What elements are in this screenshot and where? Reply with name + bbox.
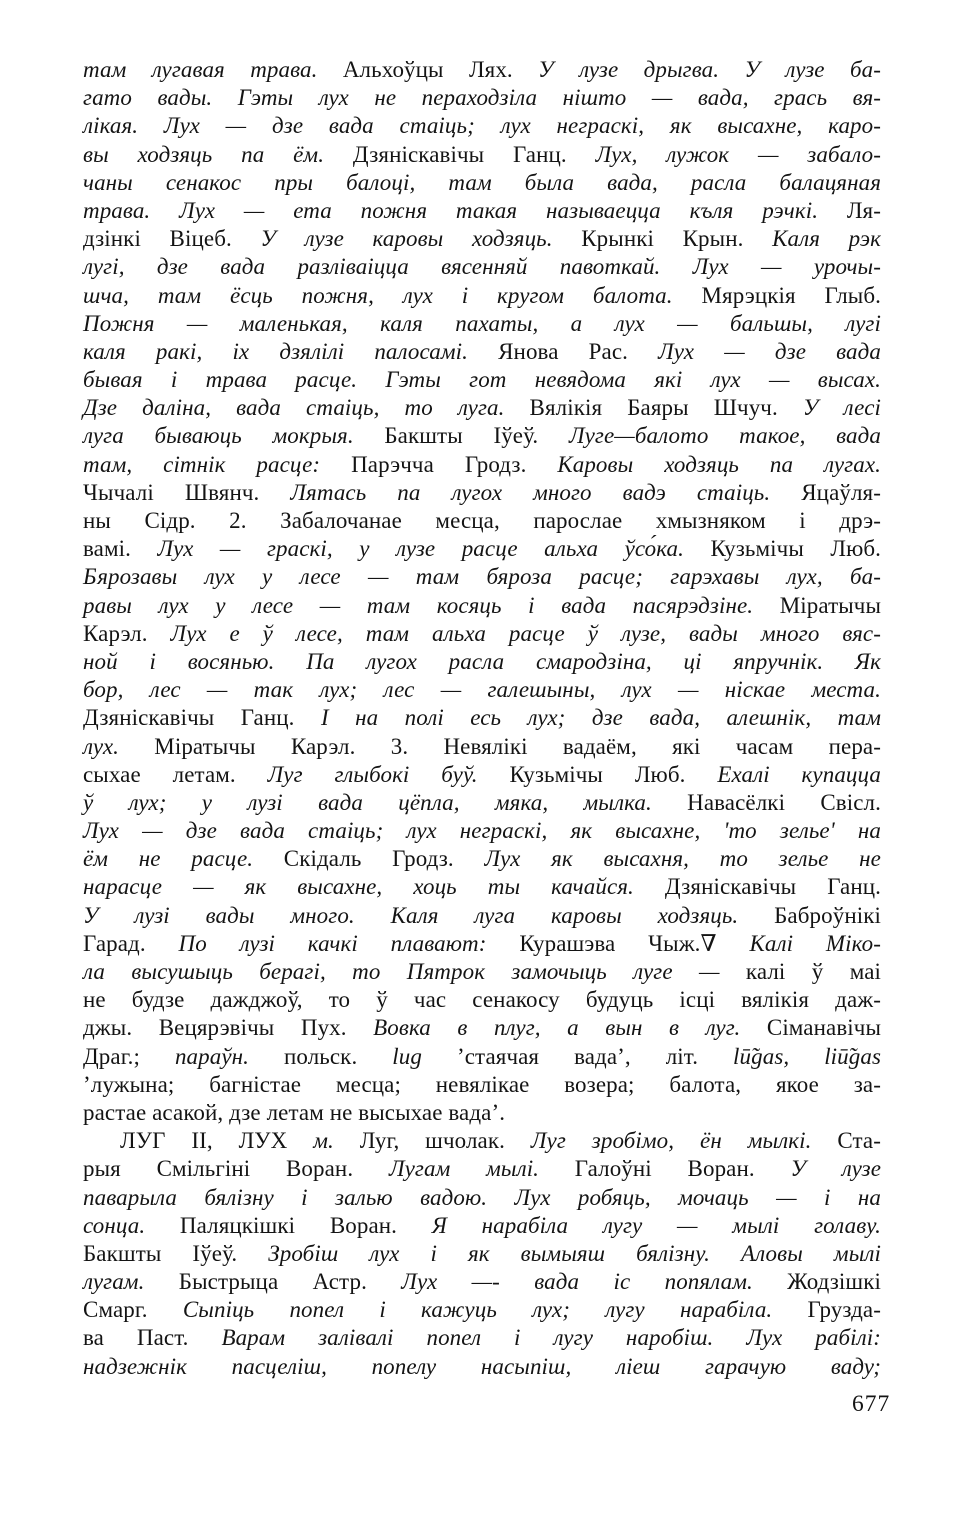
text-run-regular: Скідаль Гродз. (284, 846, 485, 871)
text-line: бывая і трава расце. Гэты гот невядома я… (83, 366, 881, 394)
text-run-italic: гато вады. Гэты лух не пераходзіла нішто… (83, 85, 881, 110)
text-run-italic: У лесі (803, 395, 881, 420)
text-run-regular: Яцаўля- (801, 480, 881, 505)
text-line: паварыла бялізну і залью вадою. Лух робя… (83, 1184, 881, 1212)
text-run-regular: Дзяніскавічы Ганц. (353, 142, 596, 167)
text-line: лугі, дзе вада разліваіцца вясенняй паво… (83, 253, 881, 281)
text-line: трава. Лух — ета пожня такая называецца … (83, 197, 881, 225)
text-run-regular: ЛУГ II, ЛУХ (120, 1128, 313, 1153)
text-line: Драг.; параўн. польск. lug ’стаячая вада… (83, 1043, 881, 1071)
text-run-italic: Луге—балото такое, вада (569, 423, 881, 448)
text-run-italic: каля ракі, іх дзялілі палосамі. (83, 339, 498, 364)
text-run-regular: Быстрыца Астр. (179, 1269, 401, 1294)
text-run-italic: У лузе каровы ходзяць. (260, 226, 581, 251)
text-run-italic: Лух — дзе вада (658, 339, 881, 364)
text-line: дзінкі Віцеб. У лузе каровы ходзяць. Кры… (83, 225, 881, 253)
text-run-italic: По лузі качкі плавают: (179, 931, 520, 956)
text-run-regular: Альхоўцы Лях. (343, 57, 538, 82)
text-run-italic: нарасце — як высахне, хоць ты качайся. (83, 874, 665, 899)
text-run-italic: Сыпіць попел і кажуць лух; лугу нарабіла… (183, 1297, 808, 1322)
text-run-italic: Лух як высахня, то зелье не (484, 846, 881, 871)
text-line: сонца. Паляцкішкі Воран. Я нарабіла лугу… (83, 1212, 881, 1240)
text-line: Бярозавы лух у лесе — там бяроза расце; … (83, 563, 881, 591)
text-run-regular: ва Паст. (83, 1325, 221, 1350)
text-line: лікая. Лух — дзе вада стаіць; лух неграс… (83, 112, 881, 140)
text-run-italic: паварыла бялізну і залью вадою. Лух робя… (83, 1185, 881, 1210)
text-run-regular: Крынкі Крын. (581, 226, 772, 251)
text-run-italic: надзежнік пасцеліш, попелу насыпіш, ліеш… (83, 1354, 881, 1379)
text-run-italic: Лугам мылі. (389, 1156, 575, 1181)
text-line: надзежнік пасцеліш, попелу насыпіш, ліеш… (83, 1353, 881, 1381)
text-line: вамі. Лух — граскі, у лузе расце альха ў… (83, 535, 881, 563)
text-line: бор, лес — так лух; лес — галешыны, лух … (83, 676, 881, 704)
text-run-italic: lug (392, 1044, 457, 1069)
text-run-regular: Бакшты Іўеў. (83, 1241, 268, 1266)
text-run-italic: Вовка в плуг, а вын в луг. (373, 1015, 767, 1040)
text-run-regular: Галоўні Воран. (575, 1156, 791, 1181)
text-run-italic: Бярозавы лух у лесе — там бяроза расце; … (83, 564, 881, 589)
text-run-italic: lū̃gas, liū̃gas (733, 1044, 881, 1069)
text-run-regular: Ста- (837, 1128, 881, 1153)
text-run-regular: растае асакой, дзе летам не высыхае вада… (83, 1100, 505, 1125)
text-run-italic: сонца. (83, 1213, 180, 1238)
text-run-regular: Курашэва Чыж.∇ (519, 931, 749, 956)
text-line: не будзе дажджоў, то ў час сенакосу буду… (83, 986, 881, 1014)
text-line: луга бываюць мокрыя. Бакшты Іўеў. Луге—б… (83, 422, 881, 450)
text-run-regular: вамі. (83, 536, 157, 561)
text-line: нарасце — як высахне, хоць ты качайся. Д… (83, 873, 881, 901)
text-line: У лузі вады много. Каля луга каровы ходз… (83, 902, 881, 930)
text-run-regular: Ля- (847, 198, 881, 223)
text-run-regular: дзінкі Віцеб. (83, 226, 260, 251)
text-line: ны Сідр. 2. Забалочанае месца, парослае … (83, 507, 881, 535)
text-line: там лугавая трава. Альхоўцы Лях. У лузе … (83, 56, 881, 84)
text-run-regular: Кузьмічы Люб. (710, 536, 881, 561)
text-run-italic: Калі Міко- (750, 931, 881, 956)
text-run-italic: У лузе (790, 1156, 881, 1181)
text-run-italic: Я нарабіла лугу — мылі голаву. (432, 1213, 881, 1238)
text-run-regular: джы. Вецярэвічы Пух. (83, 1015, 373, 1040)
text-run-italic: Лух е ў лесе, там альха расце ў лузе, ва… (171, 621, 881, 646)
text-run-regular: Карэл. (83, 621, 171, 646)
text-run-italic: лугі, дзе вада разліваіцца вясенняй паво… (83, 254, 881, 279)
text-line: Чычалі Швянч. Лятась па лугох много вадэ… (83, 479, 881, 507)
text-line: ў лух; у лузі вада цёпла, мяка, мылка. Н… (83, 789, 881, 817)
text-run-regular: не будзе дажджоў, то ў час сенакосу буду… (83, 987, 881, 1012)
text-run-regular: Кузьмічы Люб. (510, 762, 718, 787)
text-run-regular: ’лужына; багністае месца; невялікае возе… (83, 1072, 881, 1097)
text-run-regular: Вялікія Баяры Шчуч. (530, 395, 803, 420)
text-line: там, сітнік расце: Парэчча Гродз. Каровы… (83, 451, 881, 479)
text-run-regular: Янова Рас. (498, 339, 658, 364)
text-run-regular: Баброўнікі (774, 903, 881, 928)
text-line: равы лух у лесе — там косяць і вада пася… (83, 592, 881, 620)
text-line: лух. Міратычы Карэл. 3. Невялікі вадаём,… (83, 733, 881, 761)
text-line: ва Паст. Варам залівалі попел і лугу нар… (83, 1324, 881, 1352)
text-line: рыя Смільгіні Воран. Лугам мылі. Галоўні… (83, 1155, 881, 1183)
text-run-italic: там лугавая трава. (83, 57, 343, 82)
text-run-regular: Мярэцкія Глыб. (701, 283, 881, 308)
text-run-regular: Бакшты Іўеў. (384, 423, 569, 448)
text-run-regular: Дзяніскавічы Ганц. (83, 705, 321, 730)
text-run-regular: ны Сідр. 2. Забалочанае месца, парослае … (83, 508, 881, 533)
text-line: ла высушыць берагі, то Пятрок замочыць л… (83, 958, 881, 986)
text-run-italic: лікая. Лух — дзе вада стаіць; лух неграс… (83, 113, 881, 138)
text-run-italic: Луг глыбокі буў. (268, 762, 510, 787)
text-line: Смарг. Сыпіць попел і кажуць лух; лугу н… (83, 1296, 881, 1324)
text-run-italic: ла высушыць берагі, то Пятрок замочыць л… (83, 959, 746, 984)
text-run-italic: Каровы ходзяць па лугах. (557, 452, 881, 477)
text-run-italic: лух. (83, 734, 154, 759)
text-line: каля ракі, іх дзялілі палосамі. Янова Ра… (83, 338, 881, 366)
text-run-italic: Лух —- вада іс попялам. (401, 1269, 787, 1294)
text-run-regular: ’стаячая вада’, літ. (457, 1044, 733, 1069)
text-run-italic: ём не расце. (83, 846, 284, 871)
text-line: шча, там ёсць пожня, лух і кругом балота… (83, 282, 881, 310)
text-run-italic: бор, лес — так лух; лес — галешыны, лух … (83, 677, 881, 702)
text-run-regular: Навасёлкі Свісл. (687, 790, 881, 815)
text-run-regular: Паляцкішкі Воран. (180, 1213, 432, 1238)
text-run-regular: Грузда- (808, 1297, 882, 1322)
text-line: вы ходзяць па ём. Дзяніскавічы Ганц. Лух… (83, 141, 881, 169)
text-run-italic: вы ходзяць па ём. (83, 142, 353, 167)
page-number: 677 (852, 1391, 890, 1418)
text-run-italic: чаны сенакос пры балоці, там была вада, … (83, 170, 881, 195)
text-line: ЛУГ II, ЛУХ м. Луг, шчолак. Луг зробімо,… (83, 1127, 881, 1155)
text-line: Лух — дзе вада стаіць; лух неграскі, як … (83, 817, 881, 845)
text-run-italic: Лятась па лугох много вадэ стаіць. (290, 480, 801, 505)
text-run-italic: трава. Лух — ета пожня такая называецца … (83, 198, 847, 223)
text-line: ём не расце. Скідаль Гродз. Лух як высах… (83, 845, 881, 873)
text-run-regular: Дзяніскавічы Ганц. (665, 874, 881, 899)
text-run-regular: Жодзішкі (787, 1269, 881, 1294)
text-run-regular: Міратычы (780, 593, 881, 618)
text-run-italic: м. (313, 1128, 360, 1153)
text-line: Бакшты Іўеў. Зробіш лух і як вымыяш бялі… (83, 1240, 881, 1268)
text-run-italic: Каля рэк (772, 226, 881, 251)
text-run-regular: рыя Смільгіні Воран. (83, 1156, 389, 1181)
text-line: Карэл. Лух е ў лесе, там альха расце ў л… (83, 620, 881, 648)
text-line: Дзяніскавічы Ганц. І на полі есь лух; дз… (83, 704, 881, 732)
text-run-italic: параўн. (175, 1044, 284, 1069)
text-run-italic: Пожня — маленькая, каля пахаты, а лух — … (83, 311, 881, 336)
text-line: Дзе даліна, вада стаіць, то луга. Вялікі… (83, 394, 881, 422)
text-line: джы. Вецярэвічы Пух. Вовка в плуг, а вын… (83, 1014, 881, 1042)
text-run-regular: Парэчча Гродз. (351, 452, 557, 477)
book-page: там лугавая трава. Альхоўцы Лях. У лузе … (0, 0, 960, 1514)
text-run-italic: Лух — граскі, у лузе расце альха ўсо́ка. (157, 536, 710, 561)
text-run-italic: ной і восянью. Па лугох расла смародзіна… (83, 649, 881, 674)
text-run-italic: Дзе даліна, вада стаіць, то луга. (83, 395, 530, 420)
text-run-italic: ў лух; у лузі вада цёпла, мяка, мылка. (83, 790, 687, 815)
text-run-italic: бывая і трава расце. Гэты гот невядома я… (83, 367, 881, 392)
text-run-italic: Варам залівалі попел і лугу наробіш. Лух… (221, 1325, 881, 1350)
text-run-italic: лугам. (83, 1269, 179, 1294)
text-run-regular: Смарг. (83, 1297, 183, 1322)
text-run-italic: Луг зробімо, ён мылкі. (531, 1128, 838, 1153)
text-run-italic: Лух, лужок — забало- (596, 142, 881, 167)
text-line: лугам. Быстрыца Астр. Лух —- вада іс поп… (83, 1268, 881, 1296)
text-run-regular: Міратычы Карэл. 3. Невялікі вадаём, які … (154, 734, 881, 759)
text-line: растае асакой, дзе летам не высыхае вада… (83, 1099, 881, 1127)
text-line: ной і восянью. Па лугох расла смародзіна… (83, 648, 881, 676)
text-run-italic: І на полі есь лух; дзе вада, алешнік, та… (321, 705, 881, 730)
text-line: чаны сенакос пры балоці, там была вада, … (83, 169, 881, 197)
text-line: Пожня — маленькая, каля пахаты, а лух — … (83, 310, 881, 338)
text-line: сыхае летам. Луг глыбокі буў. Кузьмічы Л… (83, 761, 881, 789)
text-run-italic: Лух — дзе вада стаіць; лух неграскі, як … (83, 818, 881, 843)
text-run-regular: Сіманавічы (767, 1015, 881, 1040)
text-run-italic: шча, там ёсць пожня, лух і кругом балота… (83, 283, 701, 308)
text-run-regular: сыхае летам. (83, 762, 268, 787)
text-run-italic: Зробіш лух і як вымыяш бялізну. Аловы мы… (268, 1241, 881, 1266)
text-run-italic: равы лух у лесе — там косяць і вада пася… (83, 593, 780, 618)
text-line: Гарад. По лузі качкі плавают: Курашэва Ч… (83, 930, 881, 958)
text-run-regular: Драг.; (83, 1044, 175, 1069)
text-run-regular: польск. (284, 1044, 392, 1069)
text-run-regular: калі ў маі (746, 959, 881, 984)
text-run-italic: там, сітнік расце: (83, 452, 351, 477)
text-run-regular: Гарад. (83, 931, 179, 956)
text-run-regular: Луг, шчолак. (360, 1128, 531, 1153)
text-line: гато вады. Гэты лух не пераходзіла нішто… (83, 84, 881, 112)
text-run-italic: Ехалі купацца (717, 762, 881, 787)
text-run-italic: У лузі вады много. Каля луга каровы ходз… (83, 903, 774, 928)
text-run-regular: Чычалі Швянч. (83, 480, 290, 505)
text-block: там лугавая трава. Альхоўцы Лях. У лузе … (83, 56, 881, 1381)
text-run-italic: У лузе дрыгва. У лузе ба- (538, 57, 881, 82)
text-run-italic: луга бываюць мокрыя. (83, 423, 384, 448)
text-line: ’лужына; багністае месца; невялікае возе… (83, 1071, 881, 1099)
